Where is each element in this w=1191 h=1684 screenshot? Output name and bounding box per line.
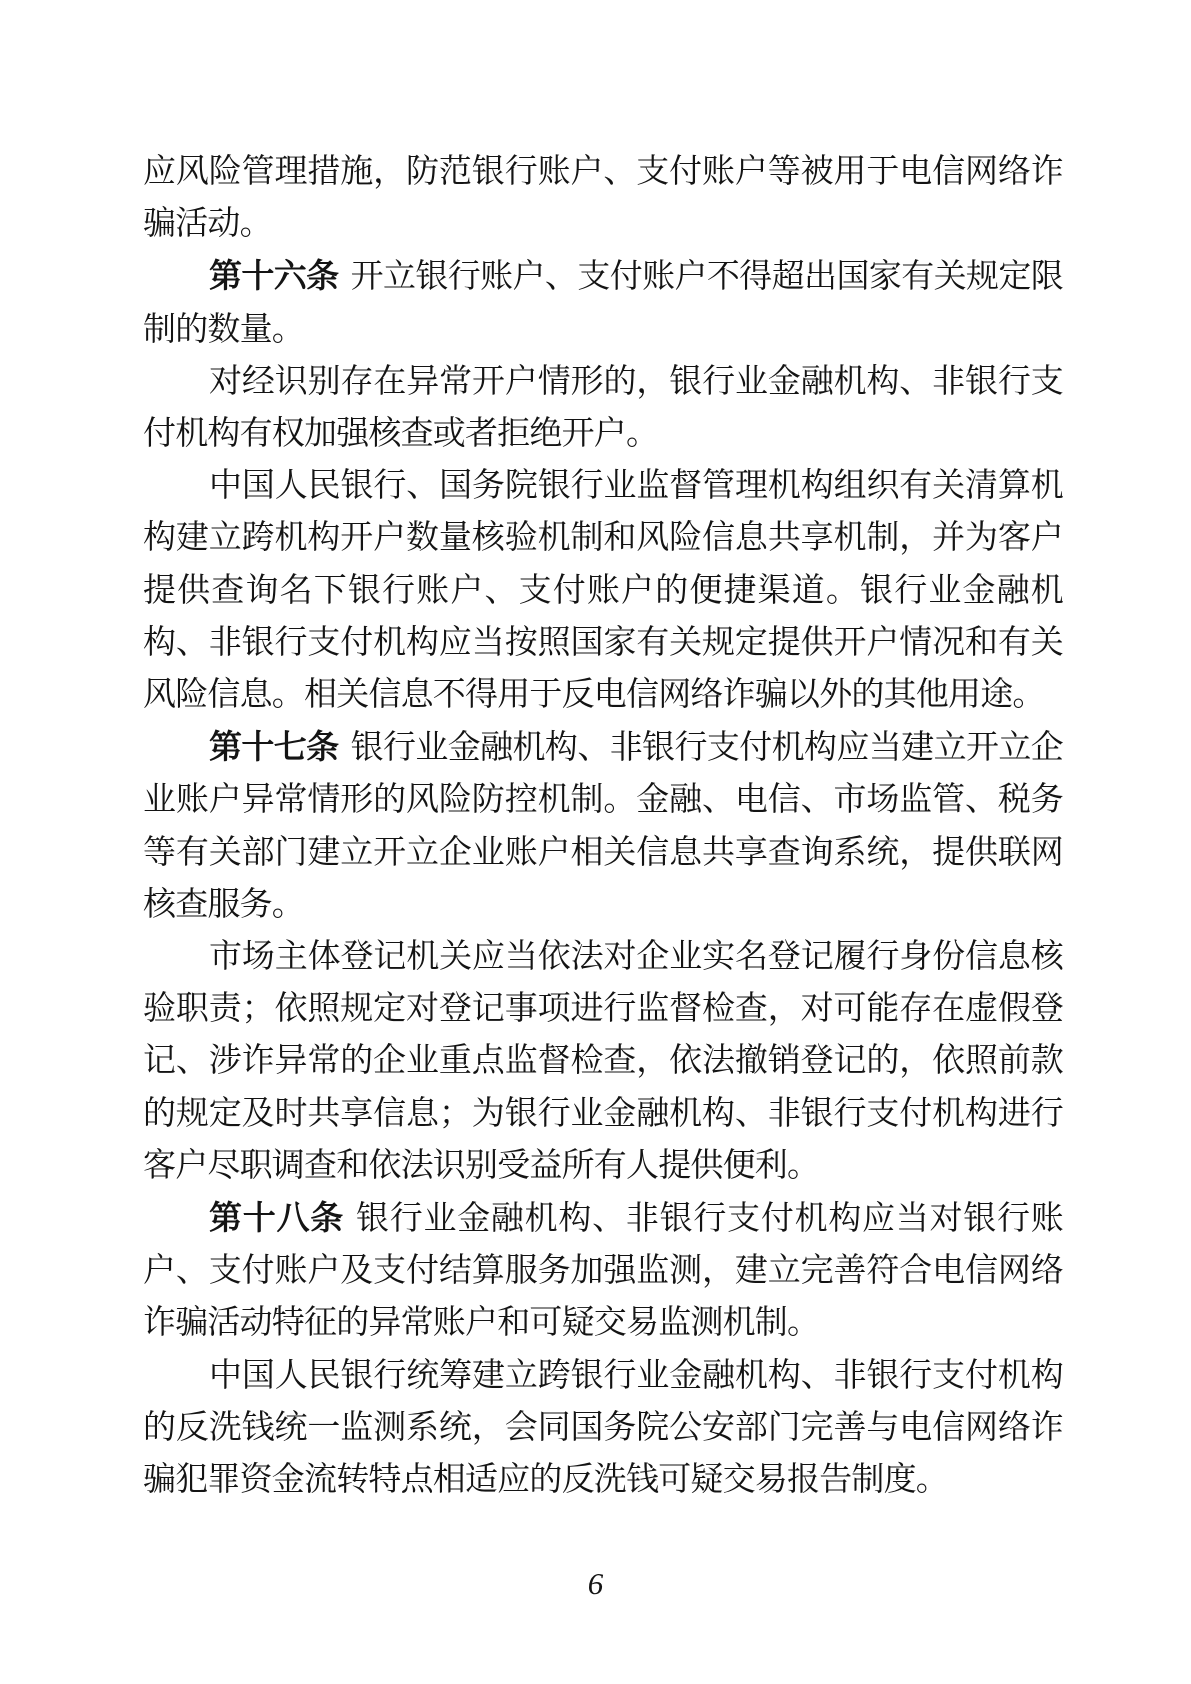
- page-footer: 6: [0, 1566, 1191, 1602]
- article-number: 第十七条: [209, 728, 339, 765]
- paragraph: 应风险管理措施，防范银行账户、支付账户等被用于电信网络诈骗活动。: [143, 146, 1063, 250]
- paragraph: 对经识别存在异常开户情形的，银行业金融机构、非银行支付机构有权加强核查或者拒绝开…: [143, 356, 1063, 460]
- article-number: 第十八条: [209, 1199, 344, 1236]
- document-page: 应风险管理措施，防范银行账户、支付账户等被用于电信网络诈骗活动。第十六条开立银行…: [0, 0, 1191, 1684]
- article-number: 第十六条: [209, 257, 339, 294]
- paragraph: 第十六条开立银行账户、支付账户不得超出国家有关规定限制的数量。: [143, 250, 1063, 355]
- document-body: 应风险管理措施，防范银行账户、支付账户等被用于电信网络诈骗活动。第十六条开立银行…: [143, 146, 1063, 1506]
- paragraph: 第十七条银行业金融机构、非银行支付机构应当建立开立企业账户异常情形的风险防控机制…: [143, 721, 1063, 931]
- paragraph: 中国人民银行统筹建立跨银行业金融机构、非银行支付机构的反洗钱统一监测系统，会同国…: [143, 1350, 1063, 1507]
- paragraph: 第十八条银行业金融机构、非银行支付机构应当对银行账户、支付账户及支付结算服务加强…: [143, 1192, 1063, 1350]
- paragraph: 中国人民银行、国务院银行业监督管理机构组织有关清算机构建立跨机构开户数量核验机制…: [143, 460, 1063, 721]
- page-number: 6: [588, 1566, 604, 1601]
- paragraph: 市场主体登记机关应当依法对企业实名登记履行身份信息核验职责；依照规定对登记事项进…: [143, 931, 1063, 1192]
